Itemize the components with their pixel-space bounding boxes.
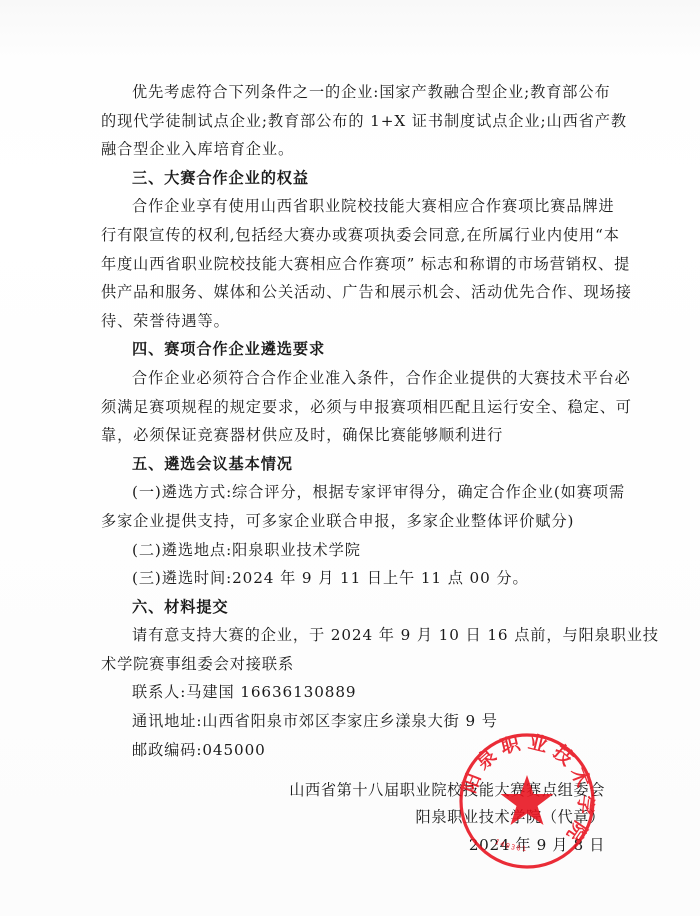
section-heading-4: 四、赛项合作企业遴选要求 bbox=[101, 335, 605, 364]
text-line: 合作企业必须符合合作企业准入条件，合作企业提供的大赛技术平台必 bbox=[101, 364, 605, 393]
section-heading-6: 六、材料提交 bbox=[101, 593, 605, 622]
text-line: (一)遴选方式:综合评分，根据专家评审得分，确定合作企业(如赛项需 bbox=[101, 478, 605, 507]
document-page: 优先考虑符合下列条件之一的企业:国家产教融合型企业;教育部公布 的现代学徒制试点… bbox=[0, 0, 700, 916]
text-line: 供产品和服务、媒体和公关活动、广告和展示机会、活动优先合作、现场接 bbox=[101, 278, 605, 307]
seal-serial: 140301 bbox=[494, 838, 528, 853]
official-seal-icon: 阳泉职业技术学院 140301 bbox=[457, 731, 597, 871]
text-line: 请有意支持大赛的企业，于 2024 年 9 月 10 日 16 点前，与阳泉职业… bbox=[101, 621, 605, 650]
section-heading-5: 五、遴选会议基本情况 bbox=[101, 450, 605, 479]
text-line: 待、荣誉待遇等。 bbox=[101, 307, 605, 336]
section-heading-3: 三、大赛合作企业的权益 bbox=[101, 164, 605, 193]
text-line: 的现代学徒制试点企业;教育部公布的 1+X 证书制度试点企业;山西省产教 bbox=[101, 107, 605, 136]
selection-time: (三)遴选时间:2024 年 9 月 11 日上午 11 点 00 分。 bbox=[101, 564, 605, 593]
selection-location: (二)遴选地点:阳泉职业技术学院 bbox=[101, 536, 605, 565]
text-line: 优先考虑符合下列条件之一的企业:国家产教融合型企业;教育部公布 bbox=[101, 78, 605, 107]
text-line: 行有限宣传的权利,包括经大赛办或赛项执委会同意,在所属行业内使用“本 bbox=[101, 221, 605, 250]
text-line: 年度山西省职业院校技能大赛相应合作赛项” 标志和称谓的市场营销权、提 bbox=[101, 250, 605, 279]
text-line: 合作企业享有使用山西省职业院校技能大赛相应合作赛项比赛品牌进 bbox=[101, 192, 605, 221]
svg-text:140301: 140301 bbox=[494, 838, 528, 853]
contact-person: 联系人:马建国 16636130889 bbox=[101, 678, 605, 707]
text-line: 术学院赛事组委会对接联系 bbox=[101, 650, 605, 679]
document-body: 优先考虑符合下列条件之一的企业:国家产教融合型企业;教育部公布 的现代学徒制试点… bbox=[101, 78, 605, 764]
text-line: 融合型企业入库培育企业。 bbox=[101, 135, 605, 164]
text-line: 靠，必须保证竞赛器材供应及时，确保比赛能够顺利进行 bbox=[101, 421, 605, 450]
text-line: 须满足赛项规程的规定要求，必须与申报赛项相匹配且运行安全、稳定、可 bbox=[101, 393, 605, 422]
text-line: 多家企业提供支持，可多家企业联合申报，多家企业整体评价赋分) bbox=[101, 507, 605, 536]
